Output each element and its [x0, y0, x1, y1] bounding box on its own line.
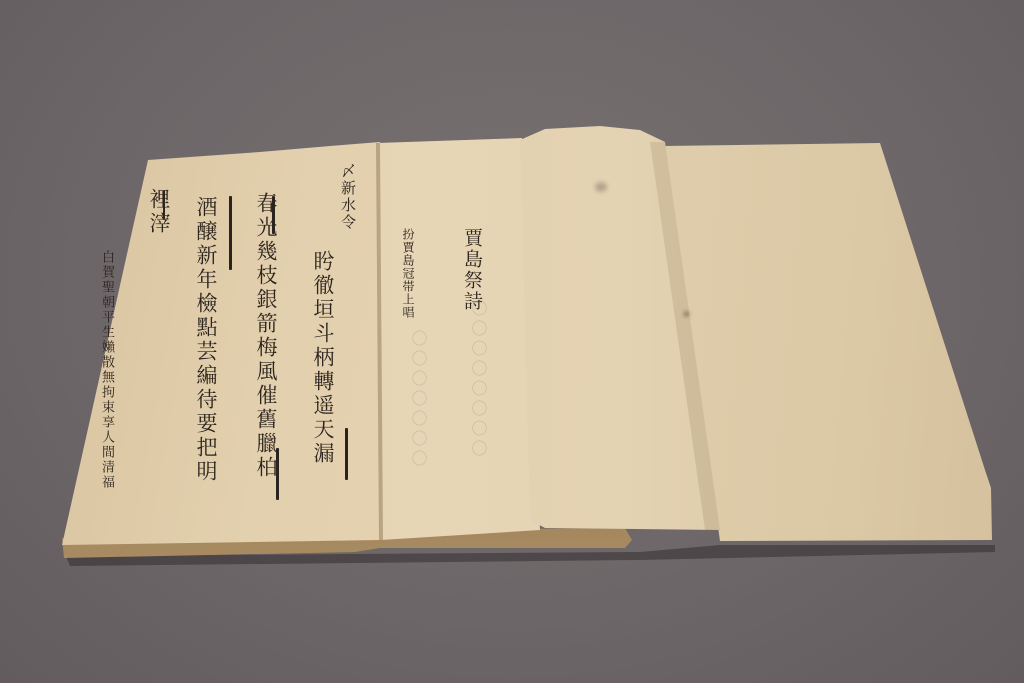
bleed-through-text: 〇〇〇〇〇〇〇	[410, 330, 426, 470]
verse-column-2: 春光幾枝銀箭梅風催舊臘柏	[255, 192, 276, 480]
note-column: 白賀聖朝平生嬾散無拘束享人間清福	[100, 250, 113, 490]
paper-stain	[595, 182, 607, 192]
marking-stroke	[345, 428, 348, 480]
marking-stroke	[272, 196, 275, 234]
photo-scene: 〆新水令 盻徹垣斗柄轉遥天漏 春光幾枝銀箭梅風催舊臘柏 酒醸新年檢點芸編待要把明…	[0, 0, 1024, 683]
verse-column-1: 盻徹垣斗柄轉遥天漏	[312, 250, 333, 466]
marking-stroke	[163, 190, 165, 220]
verse-column-4: 裡滓	[148, 188, 169, 236]
verse-column-3: 酒醸新年檢點芸編待要把明	[195, 196, 216, 484]
stage-direction: 扮賈島冠帯上唱	[402, 228, 414, 319]
paper-spot	[684, 312, 689, 316]
marking-stroke	[276, 448, 279, 500]
bleed-through-text: 〇〇〇〇〇〇〇〇	[470, 300, 486, 460]
marking-stroke	[229, 196, 232, 270]
heading-column: 〆新水令	[340, 163, 355, 231]
